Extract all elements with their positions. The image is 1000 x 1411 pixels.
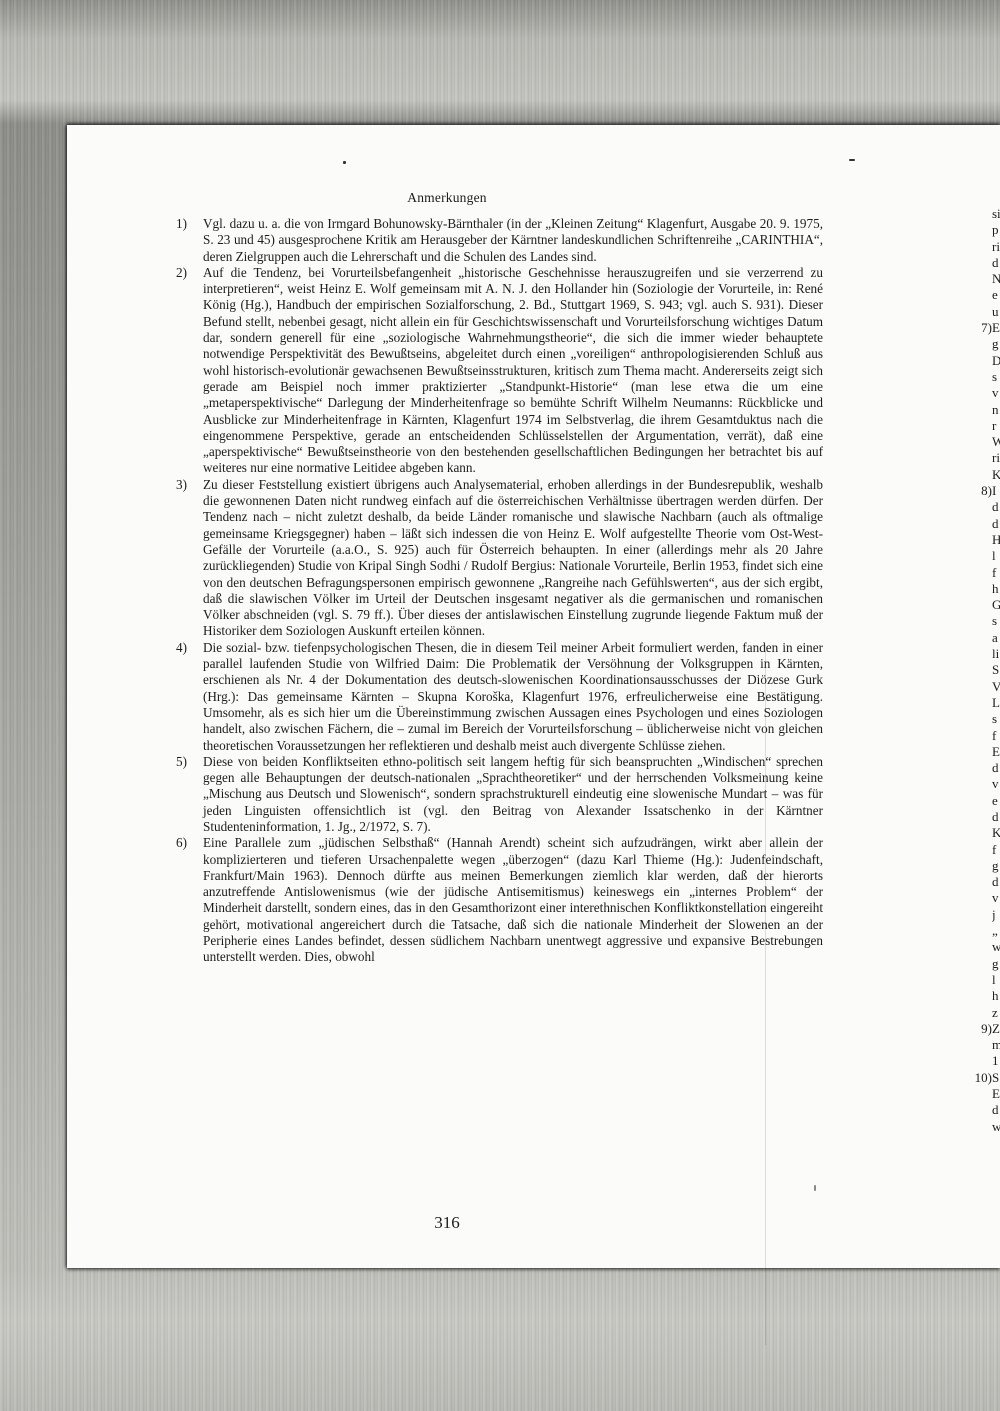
fragment-text: v <box>992 890 1000 906</box>
fragment-line: g <box>992 956 1000 972</box>
fragment-text: l <box>992 548 1000 564</box>
fragment-line: w <box>992 939 1000 955</box>
note-number: 4) <box>176 640 187 656</box>
fragment-line: d <box>992 499 1000 515</box>
fragment-line: E <box>992 744 1000 760</box>
fragment-line: l <box>992 972 1000 988</box>
scan-speck <box>343 161 346 164</box>
fragment-text: li <box>992 646 1000 662</box>
fragment-text: L <box>992 695 1000 711</box>
fragment-text: f <box>992 842 1000 858</box>
fragment-line: N <box>992 271 1000 287</box>
fragment-text: N <box>992 271 1000 287</box>
fragment-line: d <box>992 874 1000 890</box>
fragment-line: S <box>992 662 1000 678</box>
fragment-line: d <box>992 1102 1000 1118</box>
note-text: Die sozial- bzw. tiefenpsychologischen T… <box>203 640 823 753</box>
fragment-text: d <box>992 255 1000 271</box>
fragment-line: d <box>992 516 1000 532</box>
fragment-text: E <box>992 320 1000 336</box>
fragment-text: g <box>992 336 1000 352</box>
fragment-line: 7)E <box>992 320 1000 336</box>
fragment-text: si <box>992 206 1000 222</box>
fragment-line: V <box>992 679 1000 695</box>
note-item: 5) Diese von beiden Konfliktseiten ethno… <box>176 754 823 835</box>
fragment-line: e <box>992 793 1000 809</box>
fragment-line: W <box>992 434 1000 450</box>
fragment-text: e <box>992 287 1000 303</box>
fragment-line: u <box>992 304 1000 320</box>
fragment-text: S <box>992 1070 1000 1086</box>
fragment-text: n <box>992 402 1000 418</box>
fragment-line: a <box>992 630 1000 646</box>
fragment-line: g <box>992 336 1000 352</box>
fragment-line: l <box>992 548 1000 564</box>
fragment-line: j <box>992 907 1000 923</box>
fragment-text: u <box>992 304 1000 320</box>
fragment-line: f <box>992 842 1000 858</box>
note-number: 6) <box>176 835 187 851</box>
fragment-line: e <box>992 287 1000 303</box>
fragment-text: g <box>992 858 1000 874</box>
fragment-text: f <box>992 565 1000 581</box>
fragment-text: d <box>992 874 1000 890</box>
fragment-line: D <box>992 353 1000 369</box>
fragment-line: h <box>992 581 1000 597</box>
fragment-line: s <box>992 613 1000 629</box>
fragment-text: d <box>992 809 1000 825</box>
fragment-text: g <box>992 956 1000 972</box>
fragment-text: H <box>992 532 1000 548</box>
notes-heading: Anmerkungen <box>67 190 827 206</box>
fragment-text: E <box>992 744 1000 760</box>
fragment-text: r <box>992 418 1000 434</box>
fragment-line: G <box>992 597 1000 613</box>
fragment-text: K <box>992 467 1000 483</box>
fragment-text: s <box>992 613 1000 629</box>
fragment-line: n <box>992 402 1000 418</box>
fragment-text: h <box>992 581 1000 597</box>
fragment-text: z <box>992 1005 1000 1021</box>
fragment-note-number: 7) <box>981 320 992 336</box>
fragment-text: d <box>992 760 1000 776</box>
fragment-line: f <box>992 728 1000 744</box>
fragment-note-number: 10) <box>975 1070 992 1086</box>
fragment-line: 8)I <box>992 483 1000 499</box>
fragment-line: li <box>992 646 1000 662</box>
note-text: Auf die Tendenz, bei Vorurteilsbefangenh… <box>203 265 823 476</box>
fragment-text: s <box>992 711 1000 727</box>
fragment-line: v <box>992 890 1000 906</box>
fragment-line: s <box>992 711 1000 727</box>
fragment-line: r <box>992 418 1000 434</box>
fragment-note-number: 9) <box>981 1021 992 1037</box>
scan-speck <box>849 159 855 161</box>
scan-speck <box>814 1185 816 1191</box>
fragment-text: l <box>992 972 1000 988</box>
fragment-text: j <box>992 907 1000 923</box>
fragment-line: K <box>992 467 1000 483</box>
fragment-text: E <box>992 1086 1000 1102</box>
fragment-line: v <box>992 776 1000 792</box>
fragment-text: m <box>992 1037 1000 1053</box>
fragment-text: d <box>992 499 1000 515</box>
note-text: Diese von beiden Konfliktseiten ethno-po… <box>203 754 823 834</box>
fragment-text: S <box>992 662 1000 678</box>
fragment-line: L <box>992 695 1000 711</box>
fragment-text: W <box>992 434 1000 450</box>
fragment-line: K <box>992 825 1000 841</box>
note-item: 6) Eine Parallele zum „jüdischen Selbsth… <box>176 835 823 965</box>
fragment-text: h <box>992 988 1000 1004</box>
fragment-line: v <box>992 385 1000 401</box>
note-item: 1) Vgl. dazu u. a. die von Irmgard Bohun… <box>176 216 823 265</box>
fragment-text: w <box>992 1119 1000 1135</box>
fragment-text: I <box>992 483 1000 499</box>
note-number: 3) <box>176 477 187 493</box>
fragment-text: G <box>992 597 1000 613</box>
fragment-line: p <box>992 222 1000 238</box>
note-text: Zu dieser Feststellung existiert übrigen… <box>203 477 823 639</box>
note-item: 4) Die sozial- bzw. tiefenpsychologische… <box>176 640 823 754</box>
fragment-line: ri <box>992 239 1000 255</box>
fragment-text: d <box>992 516 1000 532</box>
fragment-text: e <box>992 793 1000 809</box>
fragment-line: w <box>992 1119 1000 1135</box>
fragment-line: m <box>992 1037 1000 1053</box>
fragment-text: p <box>992 222 1000 238</box>
notes-list: 1) Vgl. dazu u. a. die von Irmgard Bohun… <box>176 216 823 966</box>
fragment-line: d <box>992 760 1000 776</box>
fragment-text: v <box>992 385 1000 401</box>
fragment-line: 1 <box>992 1053 1000 1069</box>
note-number: 1) <box>176 216 187 232</box>
fragment-text: 1 <box>992 1053 1000 1069</box>
page-number: 316 <box>67 1213 827 1233</box>
fragment-line: f <box>992 565 1000 581</box>
adjacent-page-fragments: sipridNeu7)EgDsvnrWriK8)IddHlfhGsaliSVLs… <box>992 206 1000 1135</box>
note-number: 5) <box>176 754 187 770</box>
note-number: 2) <box>176 265 187 281</box>
fragment-line: s <box>992 369 1000 385</box>
fragment-text: V <box>992 679 1000 695</box>
fragment-line: E <box>992 1086 1000 1102</box>
fragment-line: z <box>992 1005 1000 1021</box>
fragment-line: g <box>992 858 1000 874</box>
fragment-note-number: 8) <box>981 483 992 499</box>
note-item: 3) Zu dieser Feststellung existiert übri… <box>176 477 823 640</box>
fragment-line: h <box>992 988 1000 1004</box>
fragment-text: d <box>992 1102 1000 1118</box>
fragment-line: d <box>992 255 1000 271</box>
fragment-text: w <box>992 939 1000 955</box>
fragment-text: ri <box>992 239 1000 255</box>
fragment-text: D <box>992 353 1000 369</box>
fragment-line: H <box>992 532 1000 548</box>
fragment-line: 10)S <box>992 1070 1000 1086</box>
fragment-text: s <box>992 369 1000 385</box>
fragment-line: 9)Z <box>992 1021 1000 1037</box>
fragment-text: a <box>992 630 1000 646</box>
fragment-text: K <box>992 825 1000 841</box>
fragment-line: „ <box>992 923 1000 939</box>
note-text: Vgl. dazu u. a. die von Irmgard Bohunows… <box>203 216 823 264</box>
fragment-line: si <box>992 206 1000 222</box>
note-text: Eine Parallele zum „jüdischen Selbsthaß“… <box>203 835 823 964</box>
fragment-text: f <box>992 728 1000 744</box>
note-item: 2) Auf die Tendenz, bei Vorurteilsbefang… <box>176 265 823 477</box>
fragment-text: Z <box>992 1021 1000 1037</box>
fragment-line: d <box>992 809 1000 825</box>
scanned-page: Anmerkungen 1) Vgl. dazu u. a. die von I… <box>67 125 1000 1268</box>
fragment-text: „ <box>992 923 1000 939</box>
fragment-line: ri <box>992 450 1000 466</box>
fragment-text: ri <box>992 450 1000 466</box>
fragment-text: v <box>992 776 1000 792</box>
